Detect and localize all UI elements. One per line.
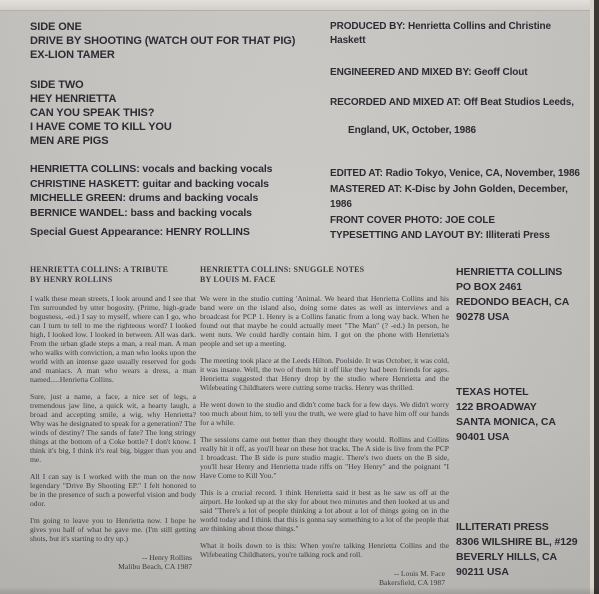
- tribute-signature-name: -- Henry Rollins: [30, 553, 192, 562]
- tribute-signature: -- Henry Rollins Malibu Beach, CA 1987: [30, 553, 196, 571]
- personnel-credits: HENRIETTA COLLINS: vocals and backing vo…: [30, 162, 272, 240]
- produced-by-credit: PRODUCED BY: Henrietta Collins and Chris…: [330, 20, 585, 48]
- address-line: 122 BROADWAY: [456, 400, 556, 415]
- production-credits: PRODUCED BY: Henrietta Collins and Chris…: [330, 20, 585, 138]
- tracklist: SIDE ONE DRIVE BY SHOOTING (WATCH OUT FO…: [30, 20, 295, 148]
- snuggle-paragraph: This is a crucial record. I think Henrie…: [200, 488, 449, 533]
- snuggle-paragraph: The meeting took place at the Leeds Hilt…: [200, 356, 449, 392]
- snuggle-paragraph: What it boils down to is this: When you'…: [200, 541, 449, 559]
- personnel-line: MICHELLE GREEN: drums and backing vocals: [30, 191, 272, 206]
- personnel-line: CHRISTINE HASKETT: guitar and backing vo…: [30, 177, 272, 192]
- front-cover-photo-credit: FRONT COVER PHOTO: JOE COLE: [330, 213, 590, 229]
- personnel-line: HENRIETTA COLLINS: vocals and backing vo…: [30, 162, 272, 177]
- recorded-at-credit: RECORDED AND MIXED AT: Off Beat Studios …: [330, 96, 585, 110]
- post-production-credits: EDITED AT: Radio Tokyo, Venice, CA, Nove…: [330, 166, 590, 244]
- address-henrietta-collins: HENRIETTA COLLINS PO BOX 2461 REDONDO BE…: [456, 265, 569, 325]
- snuggle-signature-name: -- Louis M. Face: [200, 569, 445, 578]
- snuggle-paragraph: The sessions came out better than they t…: [200, 435, 449, 480]
- tribute-paragraph: I'm going to leave you to Henrietta now.…: [30, 516, 196, 543]
- sleeve-top-fold-edge: [0, 0, 599, 11]
- album-back-cover: SIDE ONE DRIVE BY SHOOTING (WATCH OUT FO…: [0, 0, 599, 594]
- snuggle-notes-column: HENRIETTA COLLINS: SNUGGLE NOTES BY LOUI…: [200, 265, 449, 587]
- address-line: 90401 USA: [456, 430, 556, 445]
- tribute-paragraph: Sure, just a name, a face, a nice set of…: [30, 392, 196, 464]
- tribute-signature-place: Malibu Beach, CA 1987: [30, 562, 192, 571]
- tracklist-spacer: [30, 62, 295, 78]
- address-line: 90278 USA: [456, 310, 569, 325]
- typesetting-credit: TYPESETTING AND LAYOUT BY: Illiterati Pr…: [330, 228, 590, 244]
- track-title: CAN YOU SPEAK THIS?: [30, 106, 295, 120]
- snuggle-paragraph: He went down to the studio and didn't co…: [200, 400, 449, 427]
- address-line: REDONDO BEACH, CA: [456, 295, 569, 310]
- address-line: 90211 USA: [456, 565, 578, 580]
- track-title: DRIVE BY SHOOTING (WATCH OUT FOR THAT PI…: [30, 34, 295, 48]
- side-two-label: SIDE TWO: [30, 78, 295, 92]
- tribute-heading-line2: BY HENRY ROLLINS: [30, 275, 196, 285]
- recorded-at-credit-continued: England, UK, October, 1986: [330, 124, 585, 138]
- snuggle-heading-line1: HENRIETTA COLLINS: SNUGGLE NOTES: [200, 265, 449, 275]
- tribute-column: HENRIETTA COLLINS: A TRIBUTE BY HENRY RO…: [30, 265, 196, 571]
- edited-at-credit: EDITED AT: Radio Tokyo, Venice, CA, Nove…: [330, 166, 590, 182]
- mastered-at-credit: MASTERED AT: K-Disc by John Golden, Dece…: [330, 182, 590, 213]
- address-illiterati-press: ILLITERATI PRESS 8306 WILSHIRE BL, #129 …: [456, 520, 578, 580]
- track-title: MEN ARE PIGS: [30, 134, 295, 148]
- address-line: BEVERLY HILLS, CA: [456, 550, 578, 565]
- side-one-label: SIDE ONE: [30, 20, 295, 34]
- address-line: ILLITERATI PRESS: [456, 520, 578, 535]
- engineered-by-credit: ENGINEERED AND MIXED BY: Geoff Clout: [330, 66, 585, 80]
- address-line: SANTA MONICA, CA: [456, 415, 556, 430]
- snuggle-notes-heading: HENRIETTA COLLINS: SNUGGLE NOTES BY LOUI…: [200, 265, 449, 285]
- address-line: HENRIETTA COLLINS: [456, 265, 569, 280]
- snuggle-signature-place: Bakersfield, CA 1987: [200, 578, 445, 587]
- address-line: 8306 WILSHIRE BL, #129: [456, 535, 578, 550]
- track-title: I HAVE COME TO KILL YOU: [30, 120, 295, 134]
- address-texas-hotel: TEXAS HOTEL 122 BROADWAY SANTA MONICA, C…: [456, 385, 556, 445]
- tribute-paragraph: All I can say is I worked with the man o…: [30, 472, 196, 508]
- sleeve-right-dark-edge: [594, 0, 599, 594]
- snuggle-signature: -- Louis M. Face Bakersfield, CA 1987: [200, 569, 449, 587]
- personnel-line: BERNICE WANDEL: bass and backing vocals: [30, 206, 272, 221]
- track-title: EX-LION TAMER: [30, 48, 295, 62]
- special-guest-credit: Special Guest Appearance: HENRY ROLLINS: [30, 225, 272, 240]
- tribute-heading: HENRIETTA COLLINS: A TRIBUTE BY HENRY RO…: [30, 265, 196, 285]
- track-title: HEY HENRIETTA: [30, 92, 295, 106]
- tribute-paragraph: I walk these mean streets, I look around…: [30, 294, 196, 384]
- snuggle-heading-line2: BY LOUIS M. FACE: [200, 275, 449, 285]
- address-line: TEXAS HOTEL: [456, 385, 556, 400]
- snuggle-paragraph: We were in the studio cutting 'Animal. W…: [200, 294, 449, 348]
- sleeve-bottom-shadow: [0, 587, 599, 594]
- address-line: PO BOX 2461: [456, 280, 569, 295]
- tribute-heading-line1: HENRIETTA COLLINS: A TRIBUTE: [30, 265, 196, 275]
